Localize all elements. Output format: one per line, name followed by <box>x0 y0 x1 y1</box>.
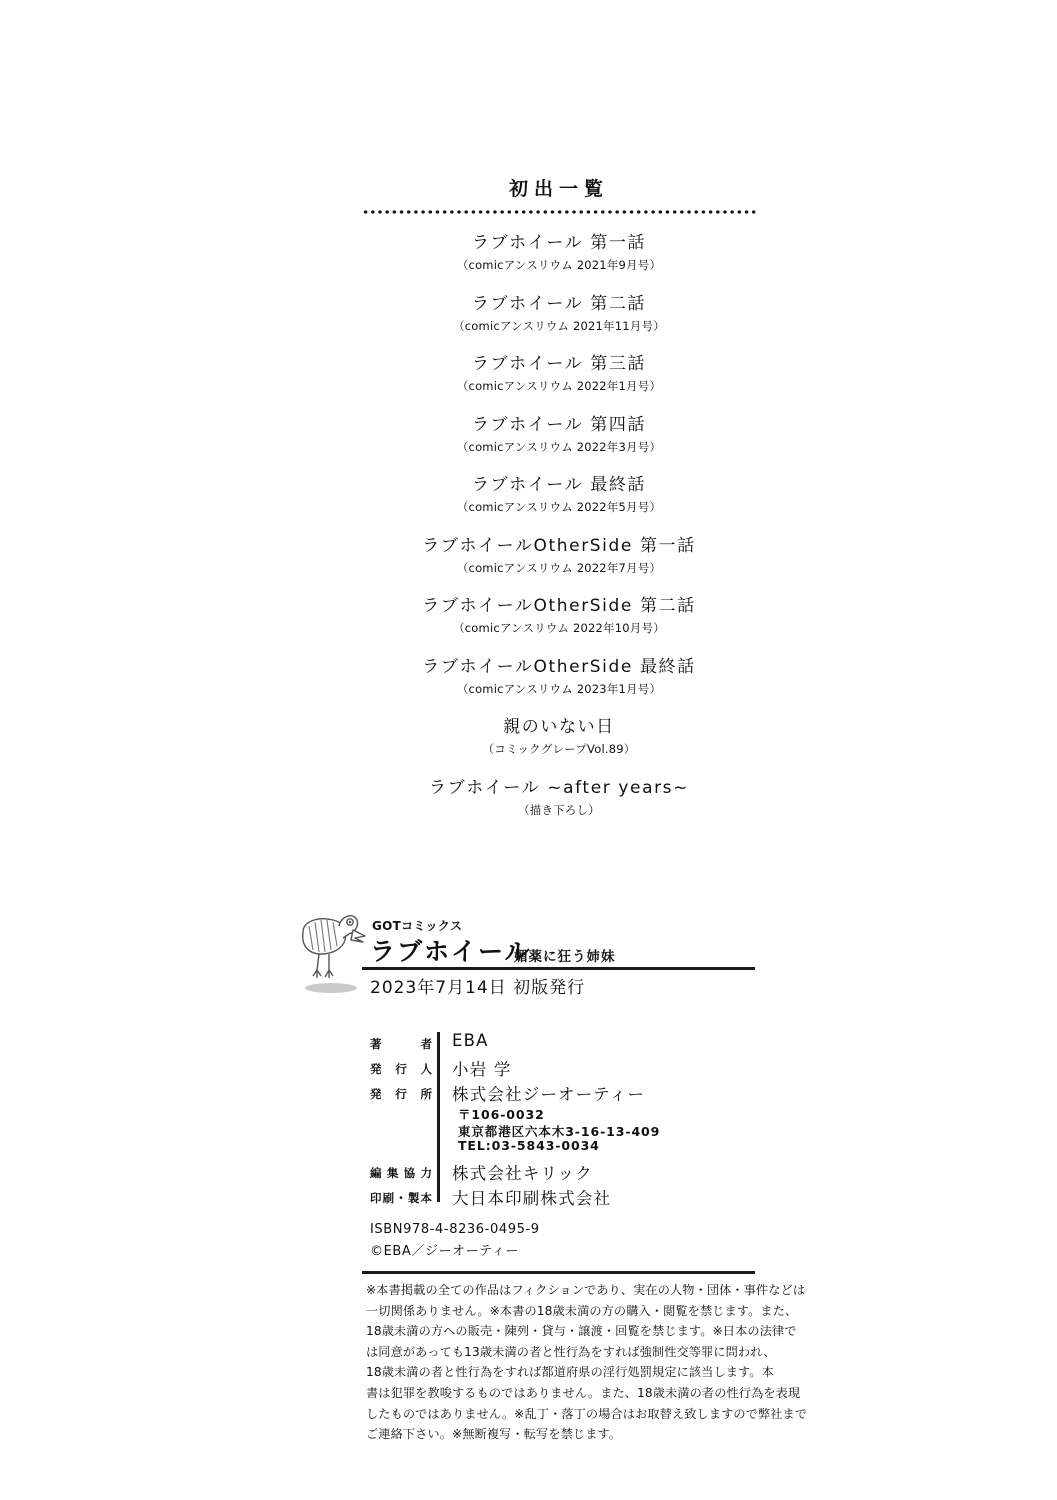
notice-line: したものではありません。※乱丁・落丁の場合はお取替え致しますので弊社まで <box>366 1404 758 1425</box>
list-item: ラブホイール 第二話 （comicアンスリウム 2021年11月号） <box>0 287 1057 348</box>
entry-title: 親のいない日 <box>0 710 1057 741</box>
notice-line: は同意があっても13歳未満の者と性行為をすれば強制性交等罪に問われ、 <box>366 1342 758 1363</box>
entry-source: （comicアンスリウム 2022年3月号） <box>0 439 1057 455</box>
legal-notice: ※本書掲載の全ての作品はフィクションであり、実在の人物・団体・事件などは 一切関… <box>366 1280 758 1445</box>
copyright: ©EBA／ジーオーティー <box>370 1240 519 1259</box>
entry-source: （コミックグレープVol.89） <box>0 741 1057 757</box>
credit-value: 大日本印刷株式会社 <box>452 1185 611 1209</box>
credit-label: 印刷・製本 <box>370 1190 432 1206</box>
entry-source: （comicアンスリウム 2022年7月号） <box>0 560 1057 576</box>
book-title: ラブホイール <box>370 932 532 968</box>
dotted-divider <box>362 210 756 214</box>
entry-title: ラブホイール 第二話 <box>0 287 1057 318</box>
credit-label: 発行所 <box>370 1086 432 1102</box>
credit-row-publisher: 発行所 株式会社ジーオーティー <box>370 1080 770 1105</box>
list-item: ラブホイール 第一話 （comicアンスリウム 2021年9月号） <box>0 226 1057 287</box>
notice-line: 書は犯罪を教唆するものではありません。また、18歳未満の者の性行為を表現 <box>366 1383 758 1404</box>
notice-line: 18歳未満の方への販売・陳列・貸与・譲渡・回覧を禁じます。※日本の法律で <box>366 1321 758 1342</box>
entry-source: （comicアンスリウム 2022年5月号） <box>0 499 1057 515</box>
list-item: ラブホイールOtherSide 最終話 （comicアンスリウム 2023年1月… <box>0 650 1057 711</box>
credit-label: 発行人 <box>370 1061 432 1077</box>
list-item: 親のいない日 （コミックグレープVol.89） <box>0 710 1057 771</box>
notice-line: 一切関係ありません。※本書の18歳未満の方の購入・閲覧を禁じます。また、 <box>366 1301 758 1322</box>
entry-title: ラブホイール 第三話 <box>0 347 1057 378</box>
book-subtitle: 媚薬に狂う姉妹 <box>514 945 616 965</box>
street-address: 東京都港区六本木3-16-13-409 <box>458 1122 858 1139</box>
list-item: ラブホイールOtherSide 第二話 （comicアンスリウム 2022年10… <box>0 589 1057 650</box>
credit-row-printing: 印刷・製本 大日本印刷株式会社 <box>370 1184 770 1209</box>
entry-title: ラブホイール 最終話 <box>0 468 1057 499</box>
list-item: ラブホイール ~after years~ （描き下ろし） <box>0 771 1057 832</box>
entry-source: （comicアンスリウム 2022年1月号） <box>0 378 1057 394</box>
notice-line: ご連絡下さい。※無断複写・転写を禁じます。 <box>366 1424 758 1445</box>
credit-row-author: 著 者 EBA <box>370 1030 770 1055</box>
list-item: ラブホイール 第四話 （comicアンスリウム 2022年3月号） <box>0 408 1057 469</box>
list-item: ラブホイールOtherSide 第一話 （comicアンスリウム 2022年7月… <box>0 529 1057 590</box>
notice-line: ※本書掲載の全ての作品はフィクションであり、実在の人物・団体・事件などは <box>366 1280 758 1301</box>
postal-code: 〒106-0032 <box>458 1105 858 1122</box>
first-appearance-list: ラブホイール 第一話 （comicアンスリウム 2021年9月号） ラブホイール… <box>0 226 1057 831</box>
list-item: ラブホイール 最終話 （comicアンスリウム 2022年5月号） <box>0 468 1057 529</box>
entry-source: （comicアンスリウム 2023年1月号） <box>0 681 1057 697</box>
credit-value: 株式会社ジーオーティー <box>452 1081 645 1105</box>
notice-line: 18歳未満の者と性行為をすれば都道府県の淫行処罰規定に該当します。本 <box>366 1362 758 1383</box>
telephone: TEL:03-5843-0034 <box>458 1138 858 1155</box>
entry-title: ラブホイールOtherSide 第一話 <box>0 529 1057 560</box>
bird-mascot-icon <box>297 910 367 1000</box>
entry-title: ラブホイール ~after years~ <box>0 771 1057 802</box>
publication-date: 2023年7月14日 初版発行 <box>370 973 585 998</box>
credit-row-editorial: 編集協力 株式会社キリック <box>370 1159 770 1184</box>
credits-table: 著 者 EBA 発行人 小岩 学 発行所 株式会社ジーオーティー 〒106-00… <box>370 1030 770 1209</box>
entry-title: ラブホイール 第四話 <box>0 408 1057 439</box>
first-appearance-title: 初出一覧 <box>0 174 1057 201</box>
isbn: ISBN978-4-8236-0495-9 <box>370 1222 540 1237</box>
notice-divider <box>362 1271 755 1274</box>
credit-row-publisher-person: 発行人 小岩 学 <box>370 1055 770 1080</box>
entry-source: （comicアンスリウム 2022年10月号） <box>0 620 1057 636</box>
entry-source: （描き下ろし） <box>0 802 1057 818</box>
entry-source: （comicアンスリウム 2021年9月号） <box>0 257 1057 273</box>
entry-title: ラブホイールOtherSide 第二話 <box>0 589 1057 620</box>
credit-label: 編集協力 <box>370 1165 432 1181</box>
entry-source: （comicアンスリウム 2021年11月号） <box>0 318 1057 334</box>
entry-title: ラブホイールOtherSide 最終話 <box>0 650 1057 681</box>
credit-label: 著 者 <box>370 1036 432 1052</box>
entry-title: ラブホイール 第一話 <box>0 226 1057 257</box>
credit-value: 小岩 学 <box>452 1056 512 1080</box>
title-divider <box>362 967 755 970</box>
credit-value: 株式会社キリック <box>452 1160 593 1184</box>
list-item: ラブホイール 第三話 （comicアンスリウム 2022年1月号） <box>0 347 1057 408</box>
credit-value: EBA <box>452 1031 489 1050</box>
